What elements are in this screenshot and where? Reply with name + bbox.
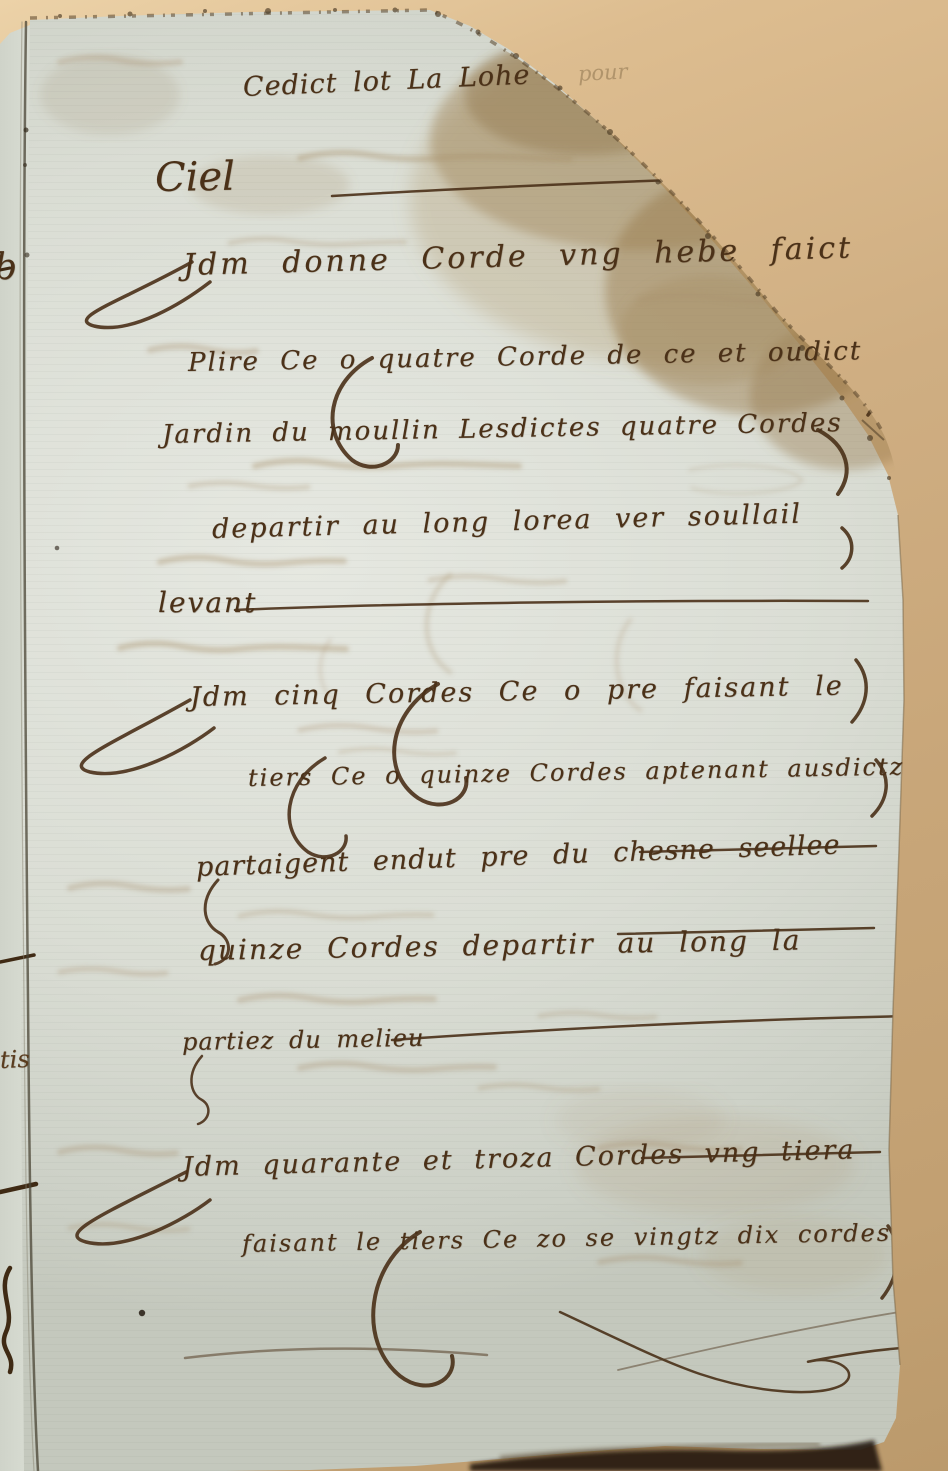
photograph-of-manuscript: Cedict lot La Lohe Ciel Jdm donne Corde … — [0, 0, 948, 1471]
margin-fragment-b: b — [0, 247, 17, 288]
text-line-6: levant — [158, 586, 257, 619]
margin-fragment-tis: tis — [0, 1045, 30, 1074]
text-line-1: Ciel — [155, 154, 236, 201]
showthrough-word-pour: pour — [577, 59, 628, 86]
text-line-11: partiez du melieu — [182, 1024, 425, 1056]
